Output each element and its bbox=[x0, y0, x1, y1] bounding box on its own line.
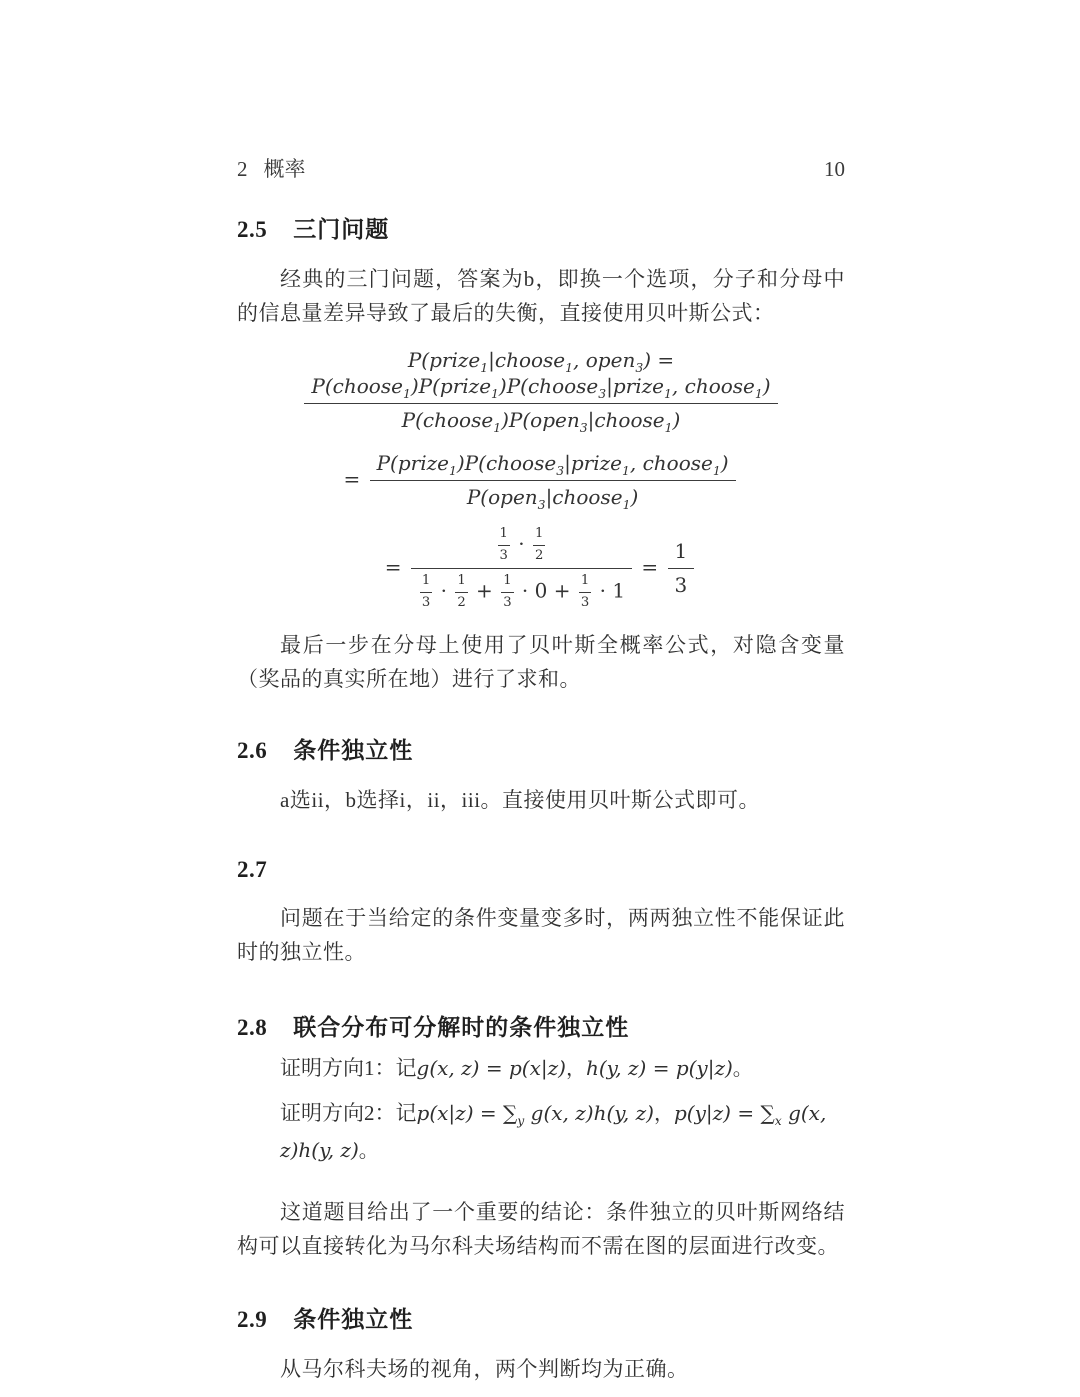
chapter-number: 2 bbox=[237, 157, 248, 181]
running-header: 2概率 10 bbox=[237, 153, 845, 183]
section-title: 条件独立性 bbox=[293, 732, 413, 765]
para-bayes-to-markov-conclusion: 这道题目给出了一个重要的结论：条件独立的贝叶斯网络结构可以直接转化为马尔科夫场结… bbox=[237, 1195, 845, 1263]
proof-direction-2: 证明方向2：记p(x|z) = ∑y g(x, z)h(y, z)，p(y|z)… bbox=[280, 1095, 845, 1169]
proof-prefix: 证明方向2：记 bbox=[280, 1101, 417, 1125]
document-page: 2概率 10 2.5 三门问题 经典的三门问题，答案为b，即换一个选项，分子和分… bbox=[0, 0, 1080, 1397]
section-number: 2.6 bbox=[237, 738, 267, 764]
section-heading-2-9: 2.9 条件独立性 bbox=[237, 1301, 845, 1334]
para-monty-hall-intro: 经典的三门问题，答案为b，即换一个选项，分子和分母中的信息量差异导致了最后的失衡… bbox=[237, 262, 845, 330]
page-content: 2概率 10 2.5 三门问题 经典的三门问题，答案为b，即换一个选项，分子和分… bbox=[237, 0, 845, 1386]
proof-math-1: g(x, z) = p(x|z)，h(y, z) = p(y|z)。 bbox=[417, 1056, 753, 1080]
section-number: 2.5 bbox=[237, 217, 267, 243]
section-heading-2-8: 2.8 联合分布可分解时的条件独立性 bbox=[237, 1009, 845, 1042]
para-conditional-independence-answer: a选ii，b选择i，ii，iii。直接使用贝叶斯公式即可。 bbox=[237, 783, 845, 817]
para-markov-field-view: 从马尔科夫场的视角，两个判断均为正确。 bbox=[237, 1352, 845, 1386]
section-number: 2.8 bbox=[237, 1015, 267, 1041]
equation-bayes-simplified: = P(prize1)P(choose3|prize1, choose1)P(o… bbox=[237, 450, 845, 511]
equation-bayes-expansion: P(prize1|choose1, open3) = P(choose1)P(p… bbox=[237, 348, 845, 434]
para-pairwise-independence: 问题在于当给定的条件变量变多时，两两独立性不能保证此时的独立性。 bbox=[237, 901, 845, 969]
section-title: 联合分布可分解时的条件独立性 bbox=[293, 1009, 629, 1042]
chapter-title: 概率 bbox=[264, 157, 306, 181]
para-total-probability-note: 最后一步在分母上使用了贝叶斯全概率公式，对隐含变量（奖品的真实所在地）进行了求和… bbox=[237, 628, 845, 696]
section-title: 三门问题 bbox=[293, 211, 389, 244]
section-title: 条件独立性 bbox=[293, 1301, 413, 1334]
proof-prefix: 证明方向1：记 bbox=[280, 1056, 417, 1080]
section-number: 2.7 bbox=[237, 857, 267, 883]
equation-numeric-result: = 13 · 1213 · 12 + 13 · 0 + 13 · 1 = 13 bbox=[237, 525, 845, 612]
section-heading-2-6: 2.6 条件独立性 bbox=[237, 732, 845, 765]
section-heading-2-5: 2.5 三门问题 bbox=[237, 211, 845, 244]
proof-direction-1: 证明方向1：记g(x, z) = p(x|z)，h(y, z) = p(y|z)… bbox=[280, 1050, 845, 1087]
running-header-left: 2概率 bbox=[237, 153, 306, 183]
section-heading-2-7: 2.7 bbox=[237, 857, 845, 883]
page-number: 10 bbox=[824, 157, 845, 182]
section-number: 2.9 bbox=[237, 1307, 267, 1333]
